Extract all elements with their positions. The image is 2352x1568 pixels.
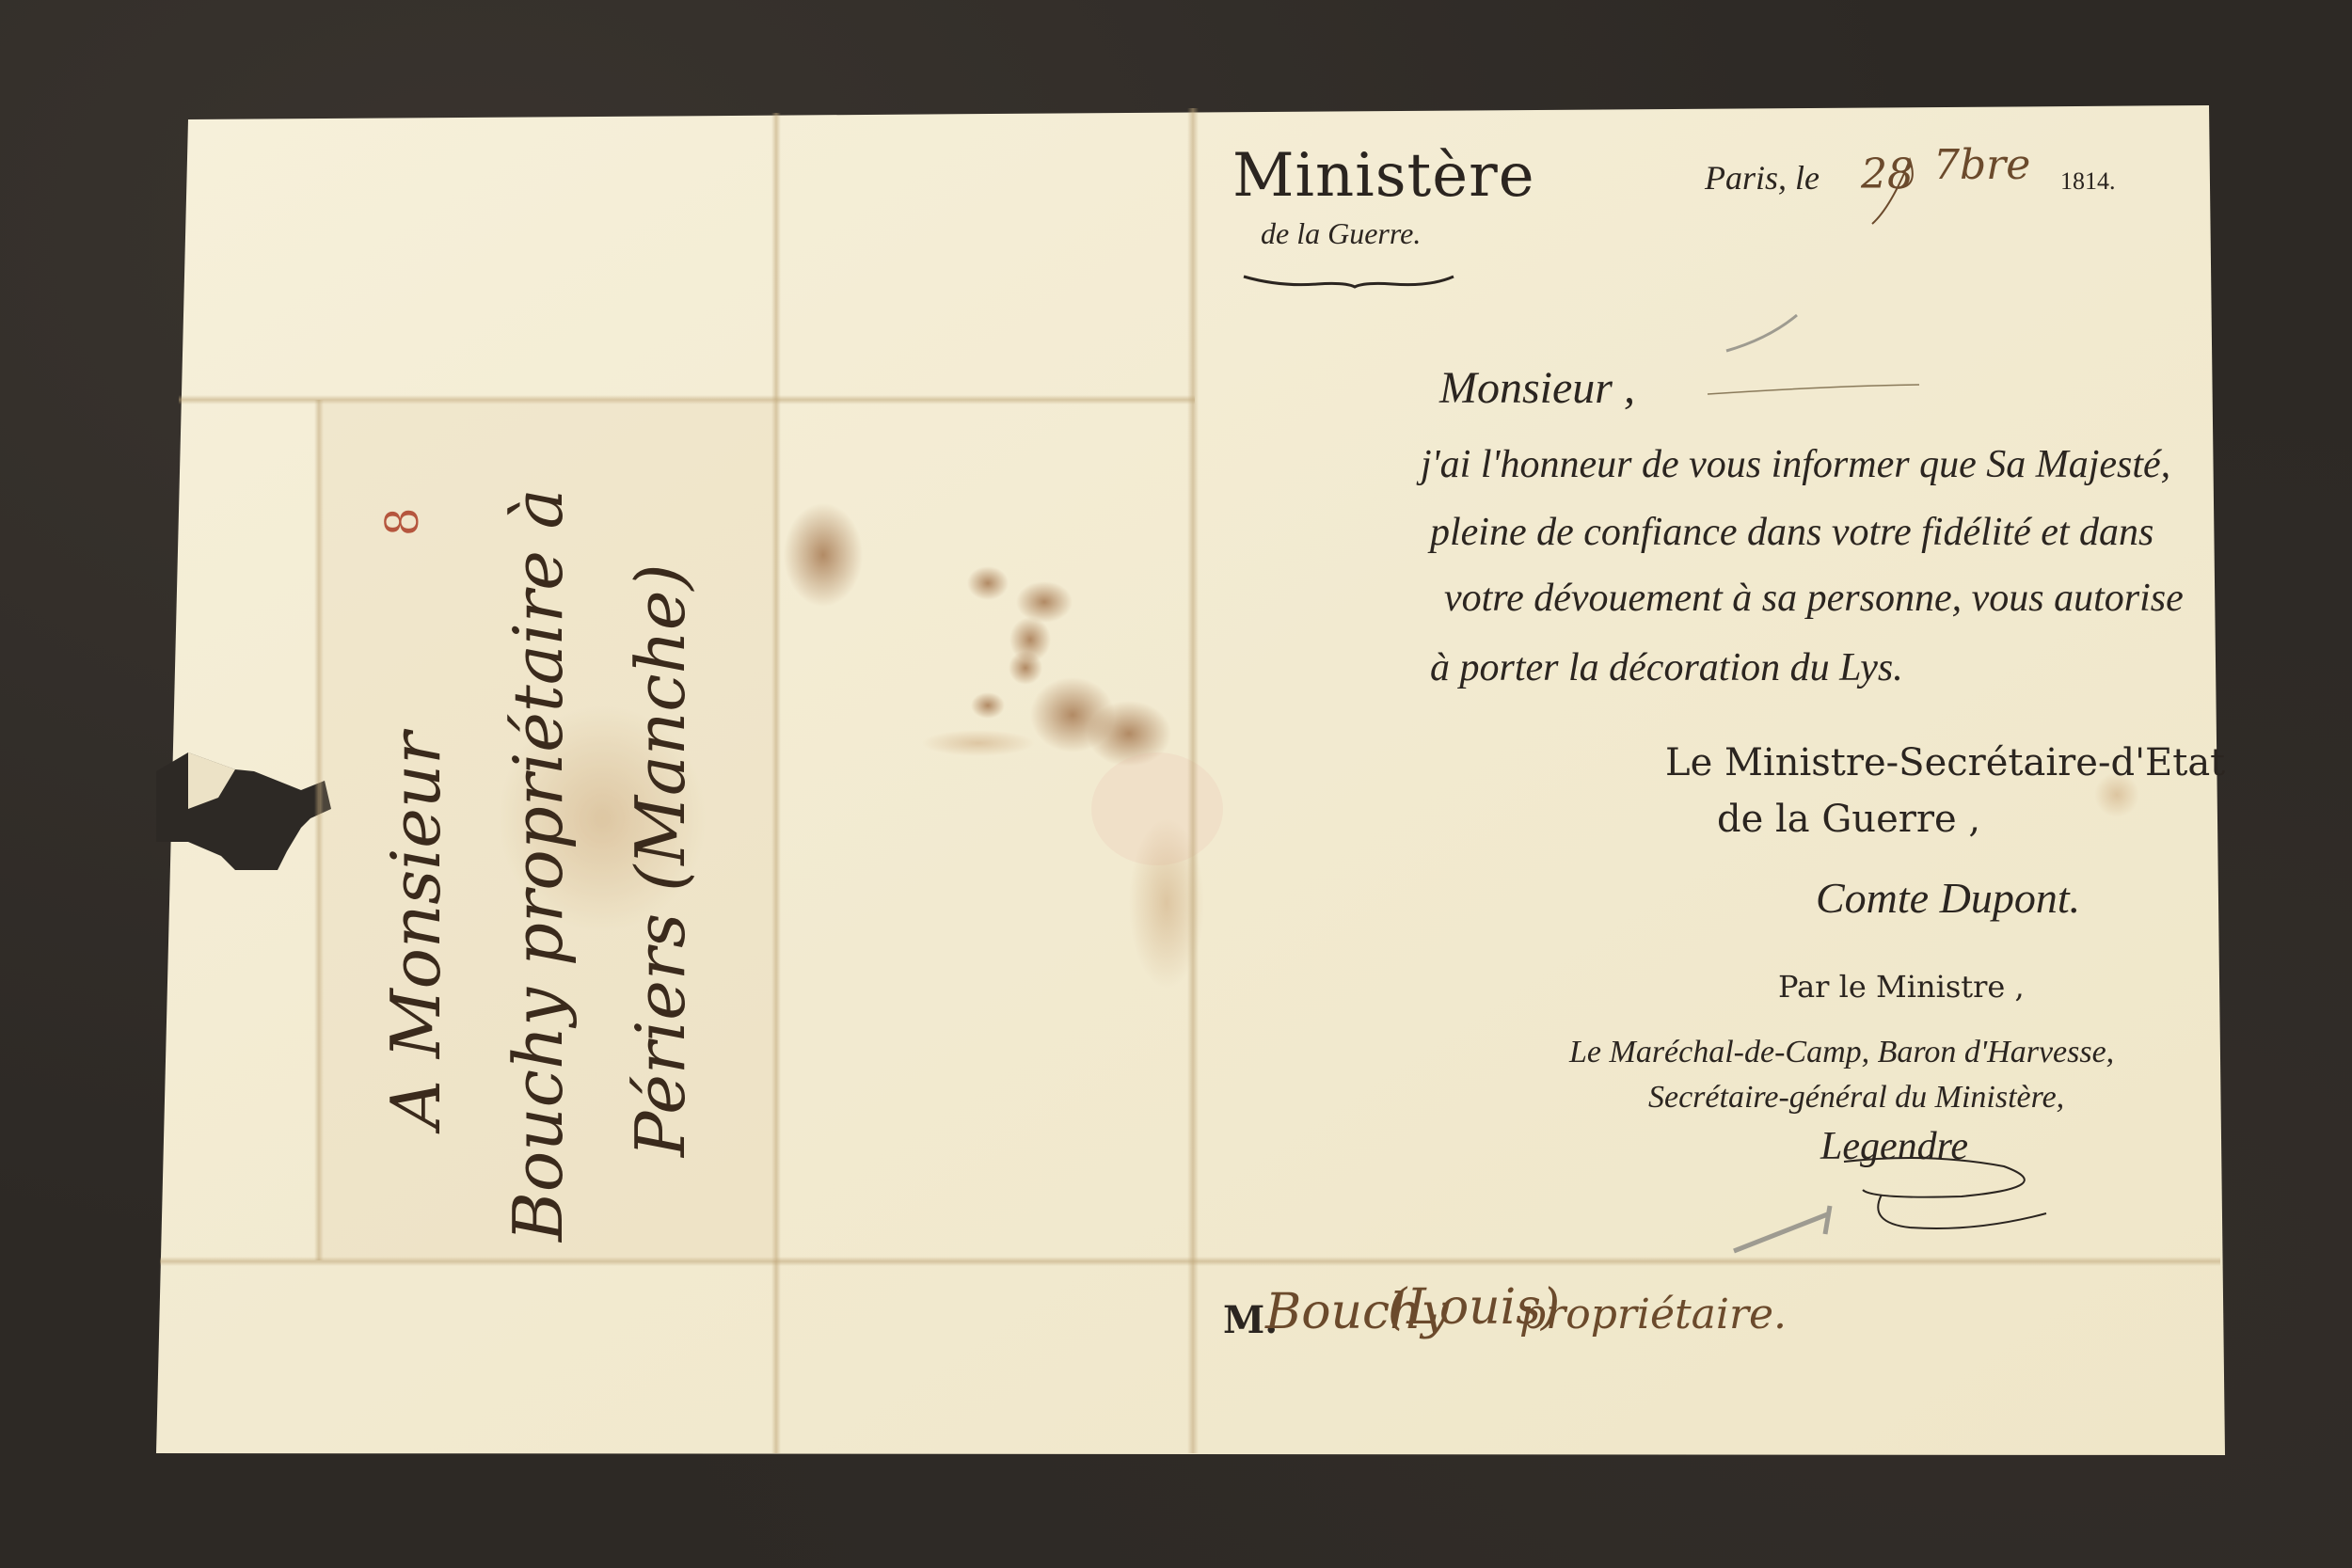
handwritten-signature: Legendre bbox=[1820, 1124, 1968, 1169]
salutation: Monsieur , bbox=[1439, 362, 1635, 414]
per-minister: Par le Ministre , bbox=[1778, 969, 2025, 1005]
body-line-1: j'ai l'honneur de vous informer que Sa M… bbox=[1421, 442, 2170, 487]
dateline-year: 1814. bbox=[2060, 167, 2116, 196]
address-block: A Monsieur Bouchy propriétaire à Périers… bbox=[320, 400, 776, 1260]
postal-mark: 8 bbox=[376, 507, 429, 536]
minister-name: Comte Dupont. bbox=[1816, 873, 2080, 923]
dateline-day: 28 bbox=[1861, 150, 1914, 198]
minister-title-line-2: de la Guerre , bbox=[1717, 798, 1980, 841]
center-fold bbox=[1187, 108, 1199, 1453]
letter-photograph: A Monsieur Bouchy propriétaire à Périers… bbox=[0, 0, 2352, 1568]
address-line-1: A Monsieur bbox=[376, 732, 455, 1129]
minister-title-line-1: Le Ministre-Secrétaire-d'Etat bbox=[1665, 741, 2225, 784]
deputy-title-line-2: Secrétaire-général du Ministère, bbox=[1648, 1080, 2064, 1116]
dateline-month: 7bre bbox=[1933, 141, 2030, 189]
body-line-2: pleine de confiance dans votre fidélité … bbox=[1430, 510, 2153, 555]
address-line-3: Périers (Manche) bbox=[621, 563, 700, 1157]
body-line-4: à porter la décoration du Lys. bbox=[1430, 645, 1903, 690]
letterhead-department: de la Guerre. bbox=[1261, 216, 1421, 251]
address-line-2: Bouchy propriétaire à bbox=[499, 488, 578, 1242]
deputy-title-line-1: Le Maréchal-de-Camp, Baron d'Harvesse, bbox=[1569, 1035, 2114, 1070]
dateline-prefix: Paris, le bbox=[1705, 158, 1820, 198]
body-line-3: votre dévouement à sa personne, vous aut… bbox=[1444, 576, 2184, 621]
letterhead-ministry: Ministère bbox=[1232, 141, 1535, 211]
recipient-occupation: propriétaire. bbox=[1519, 1291, 1787, 1338]
